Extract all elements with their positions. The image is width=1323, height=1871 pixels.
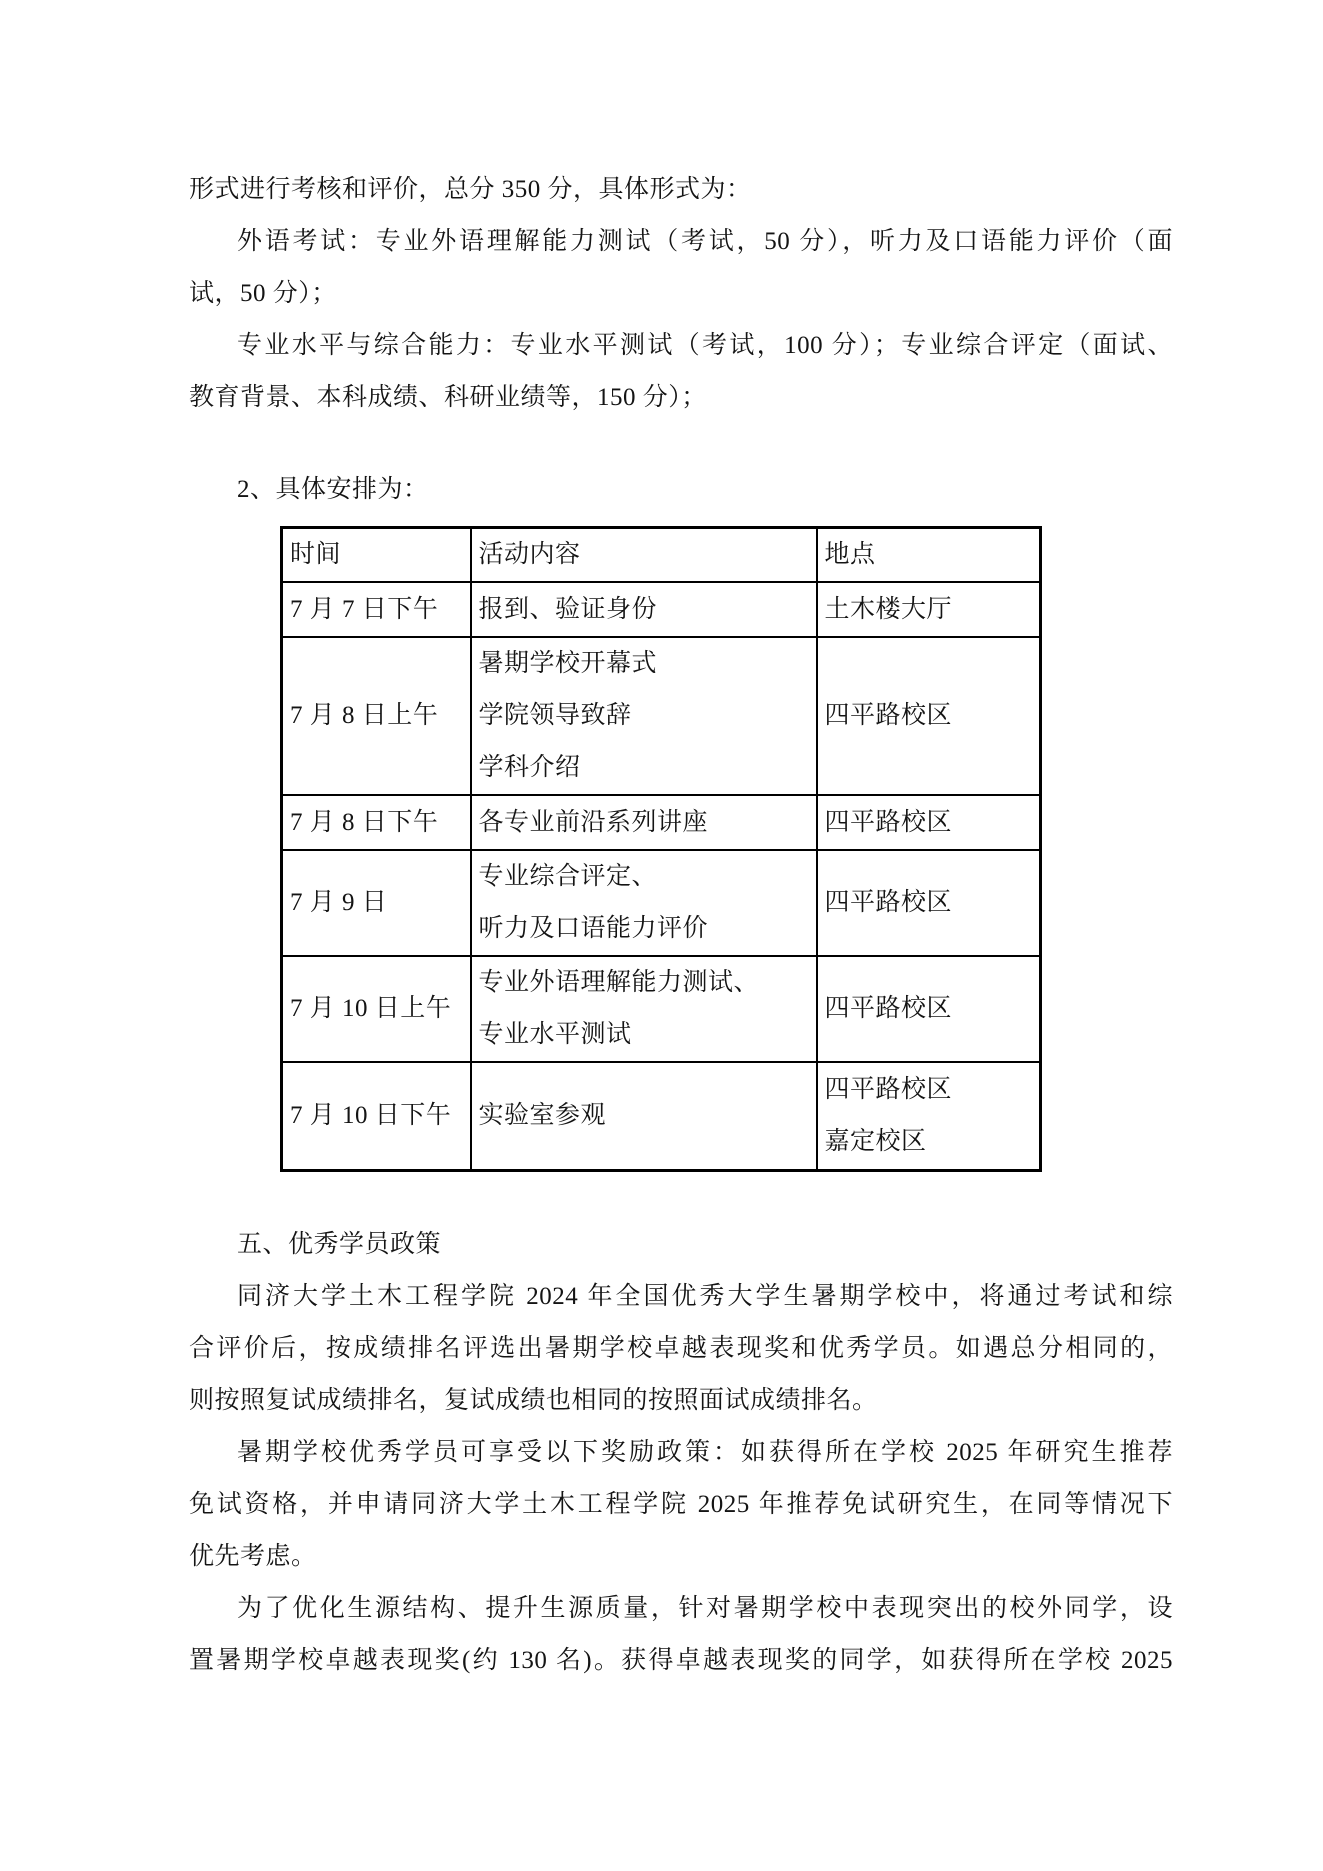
- text-line: 则按照复试成绩排名，复试成绩也相同的按照面试成绩排名。: [189, 1375, 1173, 1427]
- cell-activity: 各专业前沿系列讲座: [471, 795, 817, 850]
- cell-location: 四平路校区: [817, 956, 1041, 1062]
- cell-time: 7 月 10 日上午: [282, 956, 471, 1062]
- text-line: 合评价后，按成绩排名评选出暑期学校卓越表现奖和优秀学员。如遇总分相同的，: [189, 1323, 1173, 1375]
- document-page: 形式进行考核和评价，总分 350 分，具体形式为： 外语考试：专业外语理解能力测…: [0, 0, 1323, 1871]
- cell-time: 7 月 8 日下午: [282, 795, 471, 850]
- table-row: 7 月 7 日下午 报到、验证身份 土木楼大厅: [282, 582, 1041, 637]
- cell-activity: 报到、验证身份: [471, 582, 817, 637]
- cell-location: 四平路校区: [817, 795, 1041, 850]
- arrange-section: 2、具体安排为：: [189, 464, 1173, 516]
- cell-time: 7 月 9 日: [282, 850, 471, 956]
- intro-paragraph: 形式进行考核和评价，总分 350 分，具体形式为： 外语考试：专业外语理解能力测…: [189, 164, 1173, 424]
- column-header-location: 地点: [817, 528, 1041, 583]
- policy-heading: 五、优秀学员政策: [189, 1219, 1173, 1271]
- text-line: 同济大学土木工程学院 2024 年全国优秀大学生暑期学校中，将通过考试和综: [189, 1271, 1173, 1323]
- text-line: 专业水平与综合能力：专业水平测试（考试，100 分）；专业综合评定（面试、: [189, 320, 1173, 372]
- table-row: 7 月 8 日下午 各专业前沿系列讲座 四平路校区: [282, 795, 1041, 850]
- cell-activity: 实验室参观: [471, 1062, 817, 1170]
- column-header-activity: 活动内容: [471, 528, 817, 583]
- schedule-table: 时间 活动内容 地点 7 月 7 日下午 报到、验证身份 土木楼大厅 7 月 8…: [280, 526, 1042, 1172]
- table-row: 7 月 10 日下午 实验室参观 四平路校区 嘉定校区: [282, 1062, 1041, 1170]
- policy-section: 五、优秀学员政策 同济大学土木工程学院 2024 年全国优秀大学生暑期学校中，将…: [189, 1219, 1173, 1687]
- text-line: 置暑期学校卓越表现奖(约 130 名)。获得卓越表现奖的同学，如获得所在学校 2…: [189, 1635, 1173, 1687]
- cell-time: 7 月 10 日下午: [282, 1062, 471, 1170]
- cell-location: 四平路校区 嘉定校区: [817, 1062, 1041, 1170]
- text-line: 为了优化生源结构、提升生源质量，针对暑期学校中表现突出的校外同学，设: [189, 1583, 1173, 1635]
- cell-activity: 专业综合评定、 听力及口语能力评价: [471, 850, 817, 956]
- table-header-row: 时间 活动内容 地点: [282, 528, 1041, 583]
- arrange-heading: 2、具体安排为：: [189, 464, 1173, 516]
- table-row: 7 月 10 日上午 专业外语理解能力测试、 专业水平测试 四平路校区: [282, 956, 1041, 1062]
- table-row: 7 月 8 日上午 暑期学校开幕式 学院领导致辞 学科介绍 四平路校区: [282, 637, 1041, 795]
- cell-location: 土木楼大厅: [817, 582, 1041, 637]
- text-line: 教育背景、本科成绩、科研业绩等，150 分）；: [189, 372, 1173, 424]
- text-line: 免试资格，并申请同济大学土木工程学院 2025 年推荐免试研究生，在同等情况下: [189, 1479, 1173, 1531]
- cell-location: 四平路校区: [817, 850, 1041, 956]
- text-line: 暑期学校优秀学员可享受以下奖励政策：如获得所在学校 2025 年研究生推荐: [189, 1427, 1173, 1479]
- column-header-time: 时间: [282, 528, 471, 583]
- text-line: 优先考虑。: [189, 1531, 1173, 1583]
- text-line: 外语考试：专业外语理解能力测试（考试，50 分），听力及口语能力评价（面: [189, 216, 1173, 268]
- table-row: 7 月 9 日 专业综合评定、 听力及口语能力评价 四平路校区: [282, 850, 1041, 956]
- cell-time: 7 月 7 日下午: [282, 582, 471, 637]
- text-line: 试，50 分）；: [189, 268, 1173, 320]
- cell-activity: 暑期学校开幕式 学院领导致辞 学科介绍: [471, 637, 817, 795]
- cell-time: 7 月 8 日上午: [282, 637, 471, 795]
- cell-location: 四平路校区: [817, 637, 1041, 795]
- text-line: 形式进行考核和评价，总分 350 分，具体形式为：: [189, 164, 1173, 216]
- cell-activity: 专业外语理解能力测试、 专业水平测试: [471, 956, 817, 1062]
